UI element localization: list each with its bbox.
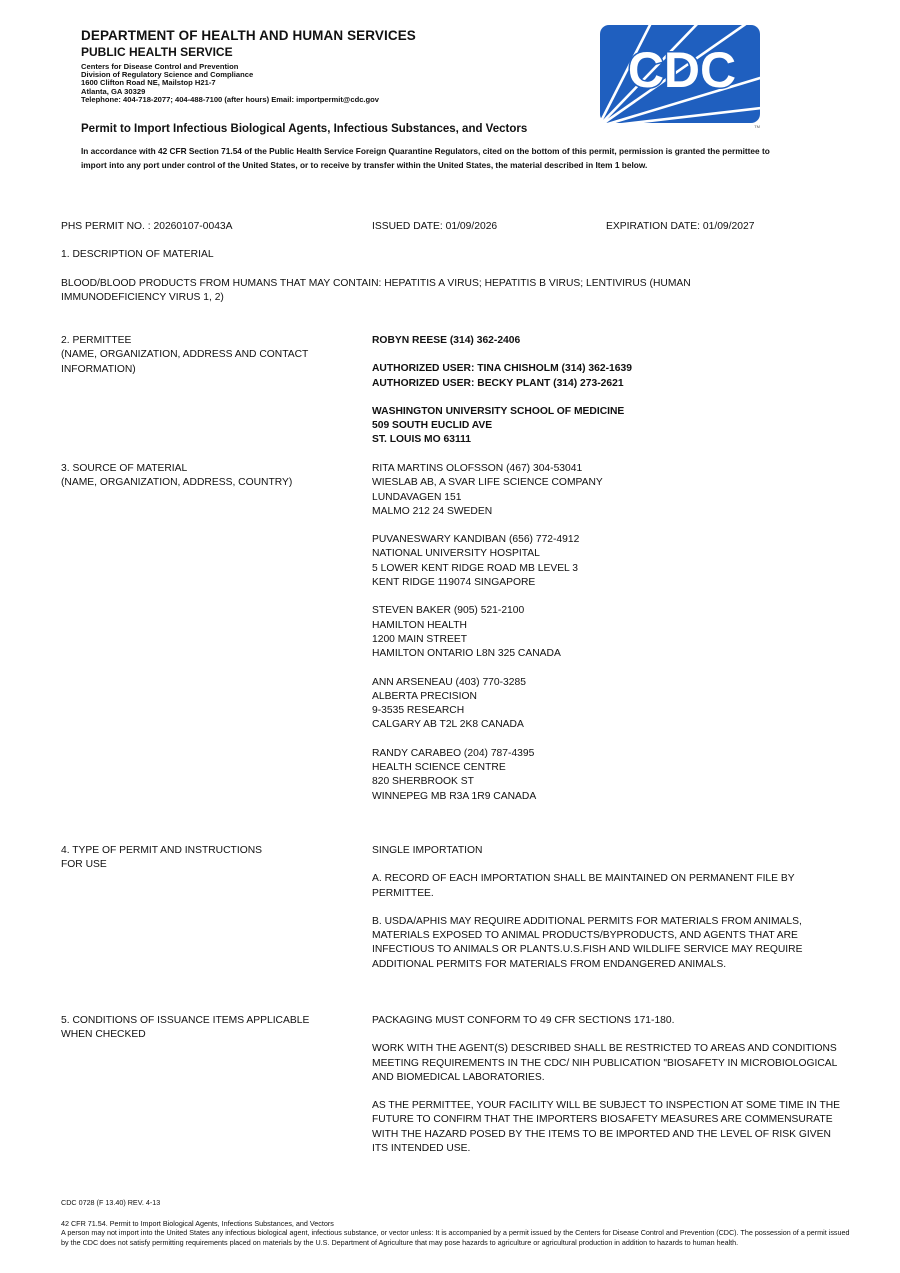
source-entry: ANN ARSENEAU (403) 770-3285ALBERTA PRECI… (372, 676, 842, 733)
authorized-user: AUTHORIZED USER: TINA CHISHOLM (314) 362… (372, 362, 842, 376)
section4-label: 4. TYPE OF PERMIT AND INSTRUCTIONS FOR U… (61, 844, 351, 873)
instruction-b: B. USDA/APHIS MAY REQUIRE ADDITIONAL PER… (372, 915, 842, 972)
permit-type-instructions: SINGLE IMPORTATION A. RECORD OF EACH IMP… (372, 844, 842, 986)
svg-text:TM: TM (754, 124, 760, 128)
legal-footer: 42 CFR 71.54. Permit to Import Biologica… (61, 1219, 851, 1247)
permittee-block: ROBYN REESE (314) 362-2406 AUTHORIZED US… (372, 334, 842, 448)
section5-label: 5. CONDITIONS OF ISSUANCE ITEMS APPLICAB… (61, 1014, 351, 1043)
organization-line: ST. LOUIS MO 63111 (372, 433, 842, 447)
source-entry: RANDY CARABEO (204) 787-4395HEALTH SCIEN… (372, 747, 842, 804)
cdc-logo: CDC TM (600, 25, 765, 128)
organization-line: 509 SOUTH EUCLID AVE (372, 419, 842, 433)
source-list: RITA MARTINS OLOFSSON (467) 304-53041WIE… (372, 462, 842, 818)
source-entry: RITA MARTINS OLOFSSON (467) 304-53041WIE… (372, 462, 842, 519)
instruction-a: A. RECORD OF EACH IMPORTATION SHALL BE M… (372, 872, 842, 901)
legal-text: A person may not import into the United … (61, 1228, 851, 1247)
condition-item: AS THE PERMITTEE, YOUR FACILITY WILL BE … (372, 1099, 842, 1156)
authorized-user: AUTHORIZED USER: BECKY PLANT (314) 273-2… (372, 377, 842, 391)
cdc-address-block: Centers for Disease Control and Preventi… (81, 63, 379, 104)
condition-item: WORK WITH THE AGENT(S) DESCRIBED SHALL B… (372, 1042, 842, 1085)
service-heading: PUBLIC HEALTH SERVICE (81, 45, 233, 59)
condition-item: PACKAGING MUST CONFORM TO 49 CFR SECTION… (372, 1014, 842, 1028)
conditions-of-issuance: PACKAGING MUST CONFORM TO 49 CFR SECTION… (372, 1014, 842, 1170)
expiration-date: EXPIRATION DATE: 01/09/2027 (606, 220, 754, 234)
contact-line: Telephone: 404-718-2077; 404-488-7100 (a… (81, 96, 379, 104)
source-entry: STEVEN BAKER (905) 521-2100HAMILTON HEAL… (372, 604, 842, 661)
organization-line: WASHINGTON UNIVERSITY SCHOOL OF MEDICINE (372, 405, 842, 419)
issued-date: ISSUED DATE: 01/09/2026 (372, 220, 497, 234)
permit-number: PHS PERMIT NO. : 20260107-0043A (61, 220, 233, 234)
department-heading: DEPARTMENT OF HEALTH AND HUMAN SERVICES (81, 28, 416, 43)
logo-text: CDC (628, 42, 736, 98)
legal-title: 42 CFR 71.54. Permit to Import Biologica… (61, 1219, 851, 1228)
permittee-name: ROBYN REESE (314) 362-2406 (372, 334, 842, 348)
form-number: CDC 0728 (F 13.40) REV. 4-13 (61, 1198, 160, 1207)
source-entry: PUVANESWARY KANDIBAN (656) 772-4912NATIO… (372, 533, 842, 590)
section2-label: 2. PERMITTEE (NAME, ORGANIZATION, ADDRES… (61, 334, 351, 377)
permit-title: Permit to Import Infectious Biological A… (81, 123, 527, 135)
permit-type: SINGLE IMPORTATION (372, 844, 842, 858)
section1-label: 1. DESCRIPTION OF MATERIAL (61, 248, 214, 262)
material-description: BLOOD/BLOOD PRODUCTS FROM HUMANS THAT MA… (61, 277, 791, 306)
intro-paragraph: In accordance with 42 CFR Section 71.54 … (81, 145, 771, 172)
section3-label: 3. SOURCE OF MATERIAL (NAME, ORGANIZATIO… (61, 462, 351, 491)
